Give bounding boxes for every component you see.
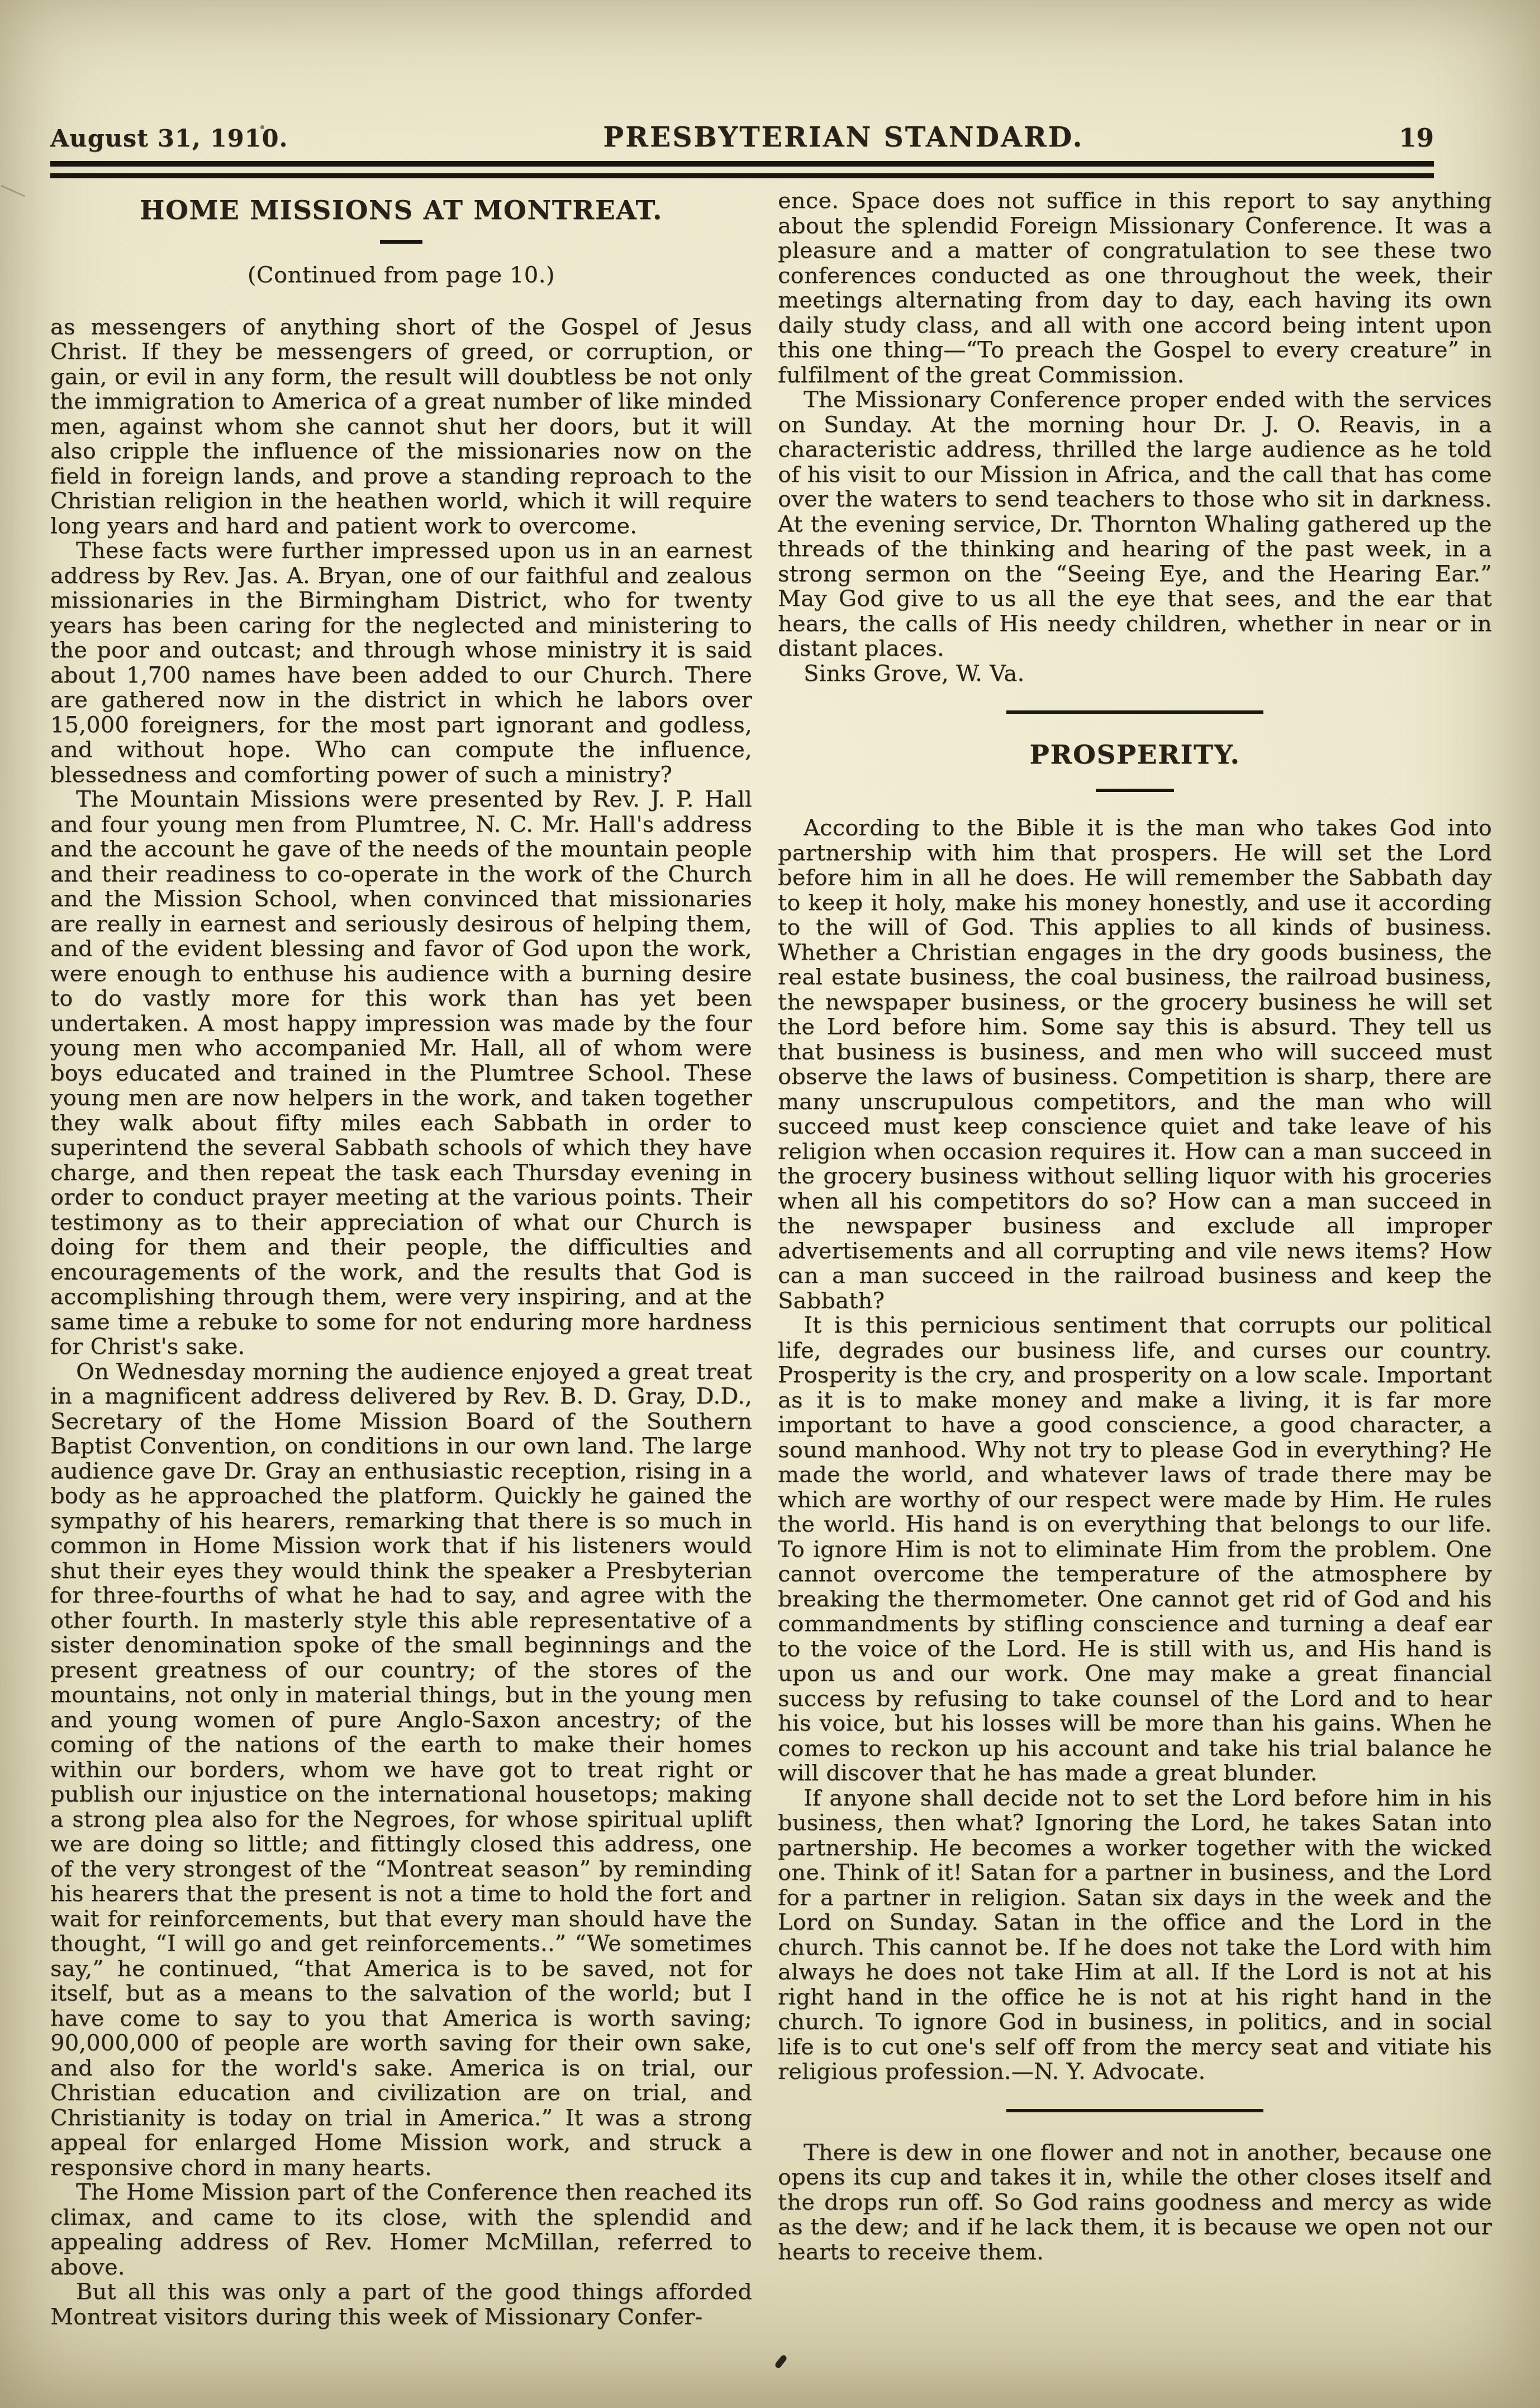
masthead-title: PRESBYTERIAN STANDARD. [603,121,1083,153]
article-paragraph: On Wednesday morning the audience enjoye… [50,1359,752,2181]
article-paragraph: But all this was only a part of the good… [50,2279,752,2329]
article-title-home-missions: HOME MISSIONS AT MONTREAT. [50,196,752,225]
article-paragraph: The Missionary Conference proper ended w… [778,387,1492,661]
article-paragraph: If anyone shall decide not to set the Lo… [778,1786,1492,2084]
scan-ink-speck [260,125,264,129]
title-divider-dash [1096,789,1174,792]
article-paragraph: ence. Space does not suffice in this rep… [778,188,1492,387]
page-header: August 31, 1910. PRESBYTERIAN STANDARD. … [50,121,1434,153]
article-paragraph: It is this pernicious sentiment that cor… [778,1313,1492,1786]
article-subtitle-continued: (Continued from page 10.) [50,263,752,288]
page-number: 19 [1399,123,1434,153]
article-paragraph: There is dew in one flower and not in an… [778,2140,1492,2265]
page-content: August 31, 1910. PRESBYTERIAN STANDARD. … [50,0,1492,2329]
title-divider-dash [380,240,422,244]
newspaper-page-scan: August 31, 1910. PRESBYTERIAN STANDARD. … [0,0,1540,2408]
scan-fold-mark [1,185,25,197]
column-layout: HOME MISSIONS AT MONTREAT. (Continued fr… [50,188,1492,2329]
article-paragraph: as messengers of anything short of the G… [50,315,752,539]
issue-date: August 31, 1910. [50,125,288,153]
article-paragraph: The Home Mission part of the Conference … [50,2180,752,2279]
left-column: HOME MISSIONS AT MONTREAT. (Continued fr… [50,188,752,2329]
section-divider-rule [1006,710,1263,714]
article-paragraph: The Mountain Missions were presented by … [50,787,752,1359]
article-paragraph: These facts were further impressed upon … [50,538,752,787]
signature-line: Sinks Grove, W. Va. [778,661,1492,686]
article-paragraph: According to the Bible it is the man who… [778,816,1492,1313]
scan-ink-speck [774,2354,788,2369]
header-double-rule [50,161,1434,178]
article-title-prosperity: PROSPERITY. [778,741,1492,770]
right-column: ence. Space does not suffice in this rep… [778,188,1492,2329]
section-divider-rule [1006,2109,1263,2112]
